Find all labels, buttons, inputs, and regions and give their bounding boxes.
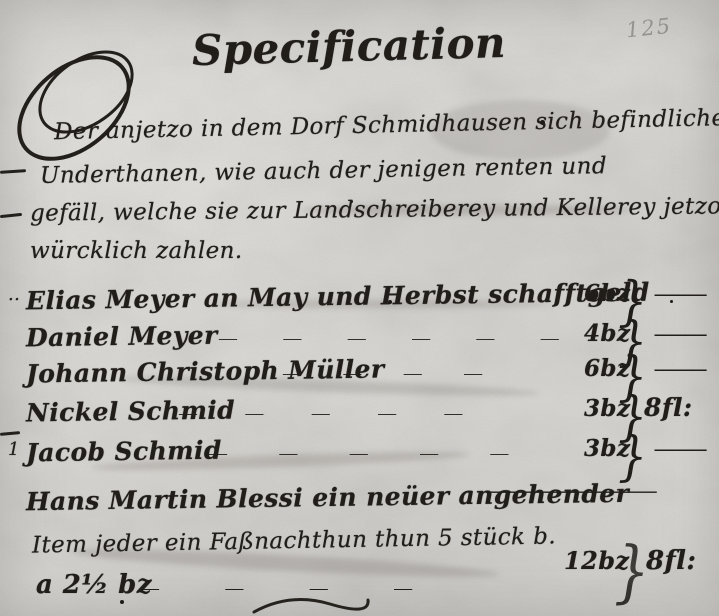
entry-name: Jacob Schmid — [26, 436, 222, 468]
margin-dash — [0, 213, 22, 218]
entry-dashes: — — — — — — — [218, 328, 562, 347]
entry-name: Elias Meyer an May und Herbst schafftgel… — [26, 278, 650, 316]
entry-row: .. Elias Meyer an May und Herbst schafft… — [0, 282, 719, 316]
initial-flourish — [2, 26, 152, 176]
footer-extra-amount: 8fl: — [646, 546, 696, 576]
footer-item-line: Item jeder ein Faßnachthun thun 5 stück … — [32, 523, 556, 558]
entry-extra-amount: 8fl: — [644, 393, 692, 422]
page-title: Specification — [191, 18, 506, 75]
intro-line: gefäll, welche sie zur Landschreiberey u… — [30, 193, 719, 226]
margin-mark: .. — [8, 284, 20, 305]
intro-line: würcklich zahlen. — [30, 238, 243, 264]
ink-curl — [250, 592, 370, 616]
entry-tail-dash: — — [652, 282, 709, 307]
folio-number: 125 — [625, 14, 673, 43]
entry-tail-dash: — — [652, 437, 709, 462]
brace-flourish: } — [618, 425, 647, 487]
entry-tail-dash: — — [652, 322, 709, 347]
intro-line: Der anjetzo in dem Dorf Schmidhausen sic… — [54, 105, 719, 145]
entry-row: Nickel Schmid — — — — — 3bz } 8fl: — [0, 397, 719, 431]
ink-speck — [120, 600, 124, 604]
entry-row: Hans Martin Blessi ein neüer angehender … — [0, 483, 719, 517]
entry-row: 1 Jacob Schmid — — — — — 3bz } — — [0, 437, 719, 471]
entry-tail-dash: — — [652, 357, 709, 382]
margin-dash — [0, 431, 20, 436]
entry-name: Daniel Meyer — [26, 321, 218, 353]
entry-row: Daniel Meyer — — — — — — 4bz } — — [0, 322, 719, 356]
entry-dashes: — — — — — — [178, 403, 465, 422]
manuscript-page: 125 Specification Der anjetzo in dem Dor… — [0, 0, 719, 616]
footer-rate-label: a 2½ bz — [36, 570, 152, 600]
entry-tail-dash: — — [478, 479, 665, 504]
entry-dashes: — — — — — [282, 363, 485, 382]
footer-amount: 12bz — [564, 546, 629, 575]
entry-dashes: — — — — — — [208, 443, 511, 462]
entry-row: Johann Christoph Müller — — — — 6bz } — — [0, 357, 719, 391]
margin-mark: 1 — [8, 439, 20, 460]
